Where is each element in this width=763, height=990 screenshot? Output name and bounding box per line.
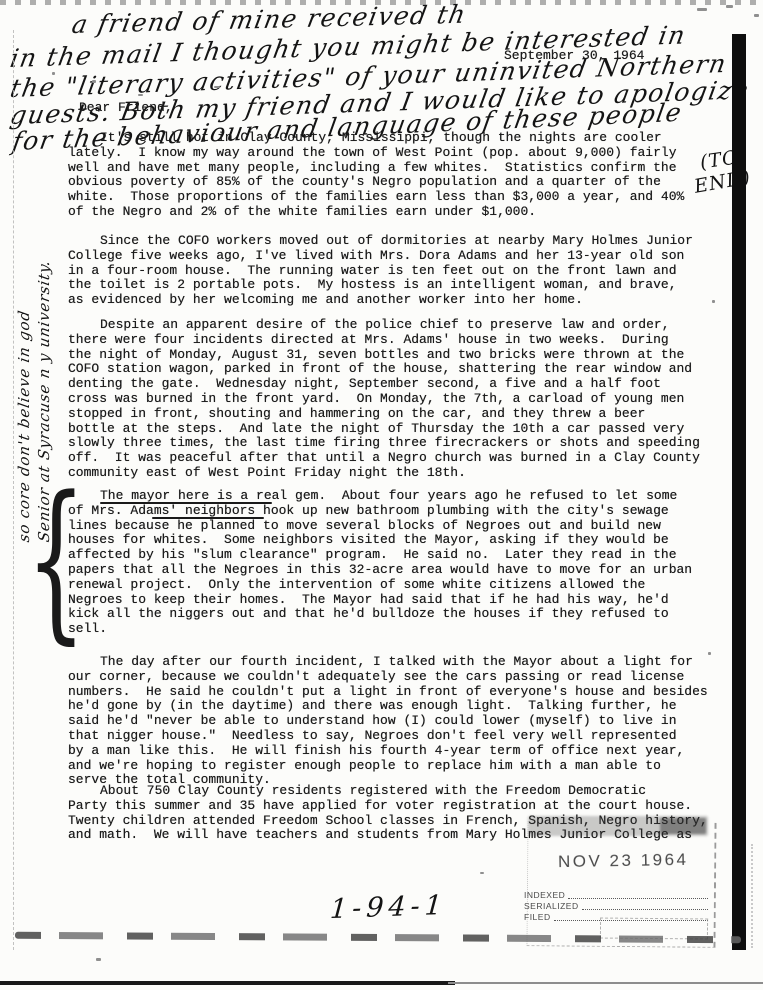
scan-bottom-line	[0, 981, 455, 985]
scan-black-bar	[732, 34, 746, 950]
typed-line: said he'd "never be able to understand h…	[68, 714, 733, 729]
typed-line: cross was burned in the front yard. On M…	[68, 392, 733, 407]
typed-line: houses for whites. Some neighbors visite…	[68, 533, 733, 548]
typed-line: denting the gate. Wednesday night, Septe…	[68, 377, 733, 392]
typed-line: sell.	[68, 622, 733, 637]
paragraph-3: Despite an apparent desire of the police…	[68, 318, 733, 481]
typed-line: off. It was peaceful after that until a …	[68, 451, 733, 466]
typed-line: the toilet is 2 portable pots. My hostes…	[68, 278, 733, 293]
typed-line: lines because he planned to move several…	[68, 519, 733, 534]
typed-line: he'd gone by (in the daytime) and there …	[68, 699, 733, 714]
stamp-row-label: FILED	[524, 912, 551, 922]
typed-line: slowly three times, the last time firing…	[68, 436, 733, 451]
typed-line: obvious poverty of 85% of the county's N…	[68, 175, 733, 190]
page-edge-line	[13, 30, 14, 950]
typed-line: stopped in front, shouting and hammering…	[68, 407, 733, 422]
noise-speck	[480, 872, 484, 874]
typed-line: and we're hoping to register enough peop…	[68, 759, 733, 774]
typed-line: the night of Monday, August 31, seven bo…	[68, 348, 733, 363]
typed-line: white. Those proportions of the families…	[68, 190, 733, 205]
paragraph-4-mayor: The mayor here is a real gem. About four…	[68, 489, 733, 637]
stamp-row-label: SERIALIZED	[524, 901, 579, 911]
typed-line: that nigger house." Needless to say, Neg…	[68, 729, 733, 744]
typed-line: numbers. He said he couldn't put a light…	[68, 685, 733, 700]
scan-bottom-line-faint	[448, 982, 763, 984]
noise-speck	[754, 14, 759, 17]
stamp-row-indexed: INDEXED	[524, 889, 710, 900]
typed-line: lately. I know my way around the town of…	[68, 146, 733, 161]
typed-line: kick all the niggers out and that he'd b…	[68, 607, 733, 622]
margin-note-line: Senior at Syracuse n y university.	[34, 145, 54, 543]
scan-edge-marks	[751, 844, 753, 948]
typed-line: College five weeks ago, I've lived with …	[68, 249, 733, 264]
typed-line: Despite an apparent desire of the police…	[68, 318, 733, 333]
pen-underline	[100, 502, 272, 504]
typed-line: papers that all the Negroes in this 32-a…	[68, 563, 733, 578]
typed-line: COFO station wagon, parked in front of t…	[68, 362, 733, 377]
noise-speck	[96, 958, 101, 961]
typed-line: affected by his "slum clearance" program…	[68, 548, 733, 563]
paragraph-1: It's still hot in Clay County, Mississip…	[68, 131, 733, 220]
stamp-row-label: INDEXED	[524, 890, 565, 900]
letter-date: September 30, 1964	[504, 48, 644, 63]
paragraph-5: The day after our fourth incident, I tal…	[68, 655, 733, 788]
handwritten-page-number: 1-94-1	[329, 890, 448, 925]
typed-line: as evidenced by her welcoming me and ano…	[68, 293, 733, 308]
typed-line: our corner, because we couldn't adequate…	[68, 670, 733, 685]
noise-speck	[697, 8, 707, 11]
typed-line: The day after our fourth incident, I tal…	[68, 655, 733, 670]
stamp-date: NOV 23 1964	[558, 850, 689, 872]
noise-speck	[712, 300, 715, 303]
typed-line: well and have met many people, including…	[68, 161, 733, 176]
typed-line: community east of West Point Friday nigh…	[68, 466, 733, 481]
typed-line: by a man like this. He will finish his f…	[68, 744, 733, 759]
noise-speck	[214, 86, 220, 88]
typed-line: Party this summer and 35 have applied fo…	[68, 799, 733, 814]
margin-note-line: so core don't believe in god	[14, 145, 34, 543]
noise-speck	[726, 5, 733, 8]
typed-line: Since the COFO workers moved out of dorm…	[68, 234, 733, 249]
handwritten-margin-note: so core don't believe in god Senior at S…	[14, 147, 54, 542]
noise-speck	[92, 80, 96, 83]
typed-line: of the Negro and 2% of the white familie…	[68, 205, 733, 220]
typed-line: Negroes to keep their homes. The Mayor h…	[68, 593, 733, 608]
typed-line: It's still hot in Clay County, Mississip…	[68, 131, 733, 146]
typed-line: bottle at the steps. And late the night …	[68, 422, 733, 437]
typed-line: in a four-room house. The running water …	[68, 264, 733, 279]
stamp-row-serialized: SERIALIZED	[524, 900, 710, 911]
salutation: Dear Friend,	[79, 100, 173, 115]
typed-line: renewal project. Only the intervention o…	[68, 578, 733, 593]
scanned-letter-page: a friend of mine received th in the mail…	[0, 0, 763, 990]
noise-speck	[138, 94, 143, 96]
paragraph-2: Since the COFO workers moved out of dorm…	[68, 234, 733, 308]
noise-speck	[708, 652, 711, 655]
pen-underline	[152, 517, 264, 519]
typed-line: there were four incidents directed at Mr…	[68, 333, 733, 348]
dotted-leader	[568, 898, 708, 899]
noise-speck	[52, 72, 55, 75]
dotted-leader	[582, 909, 708, 910]
typed-line: About 750 Clay County residents register…	[68, 784, 733, 799]
